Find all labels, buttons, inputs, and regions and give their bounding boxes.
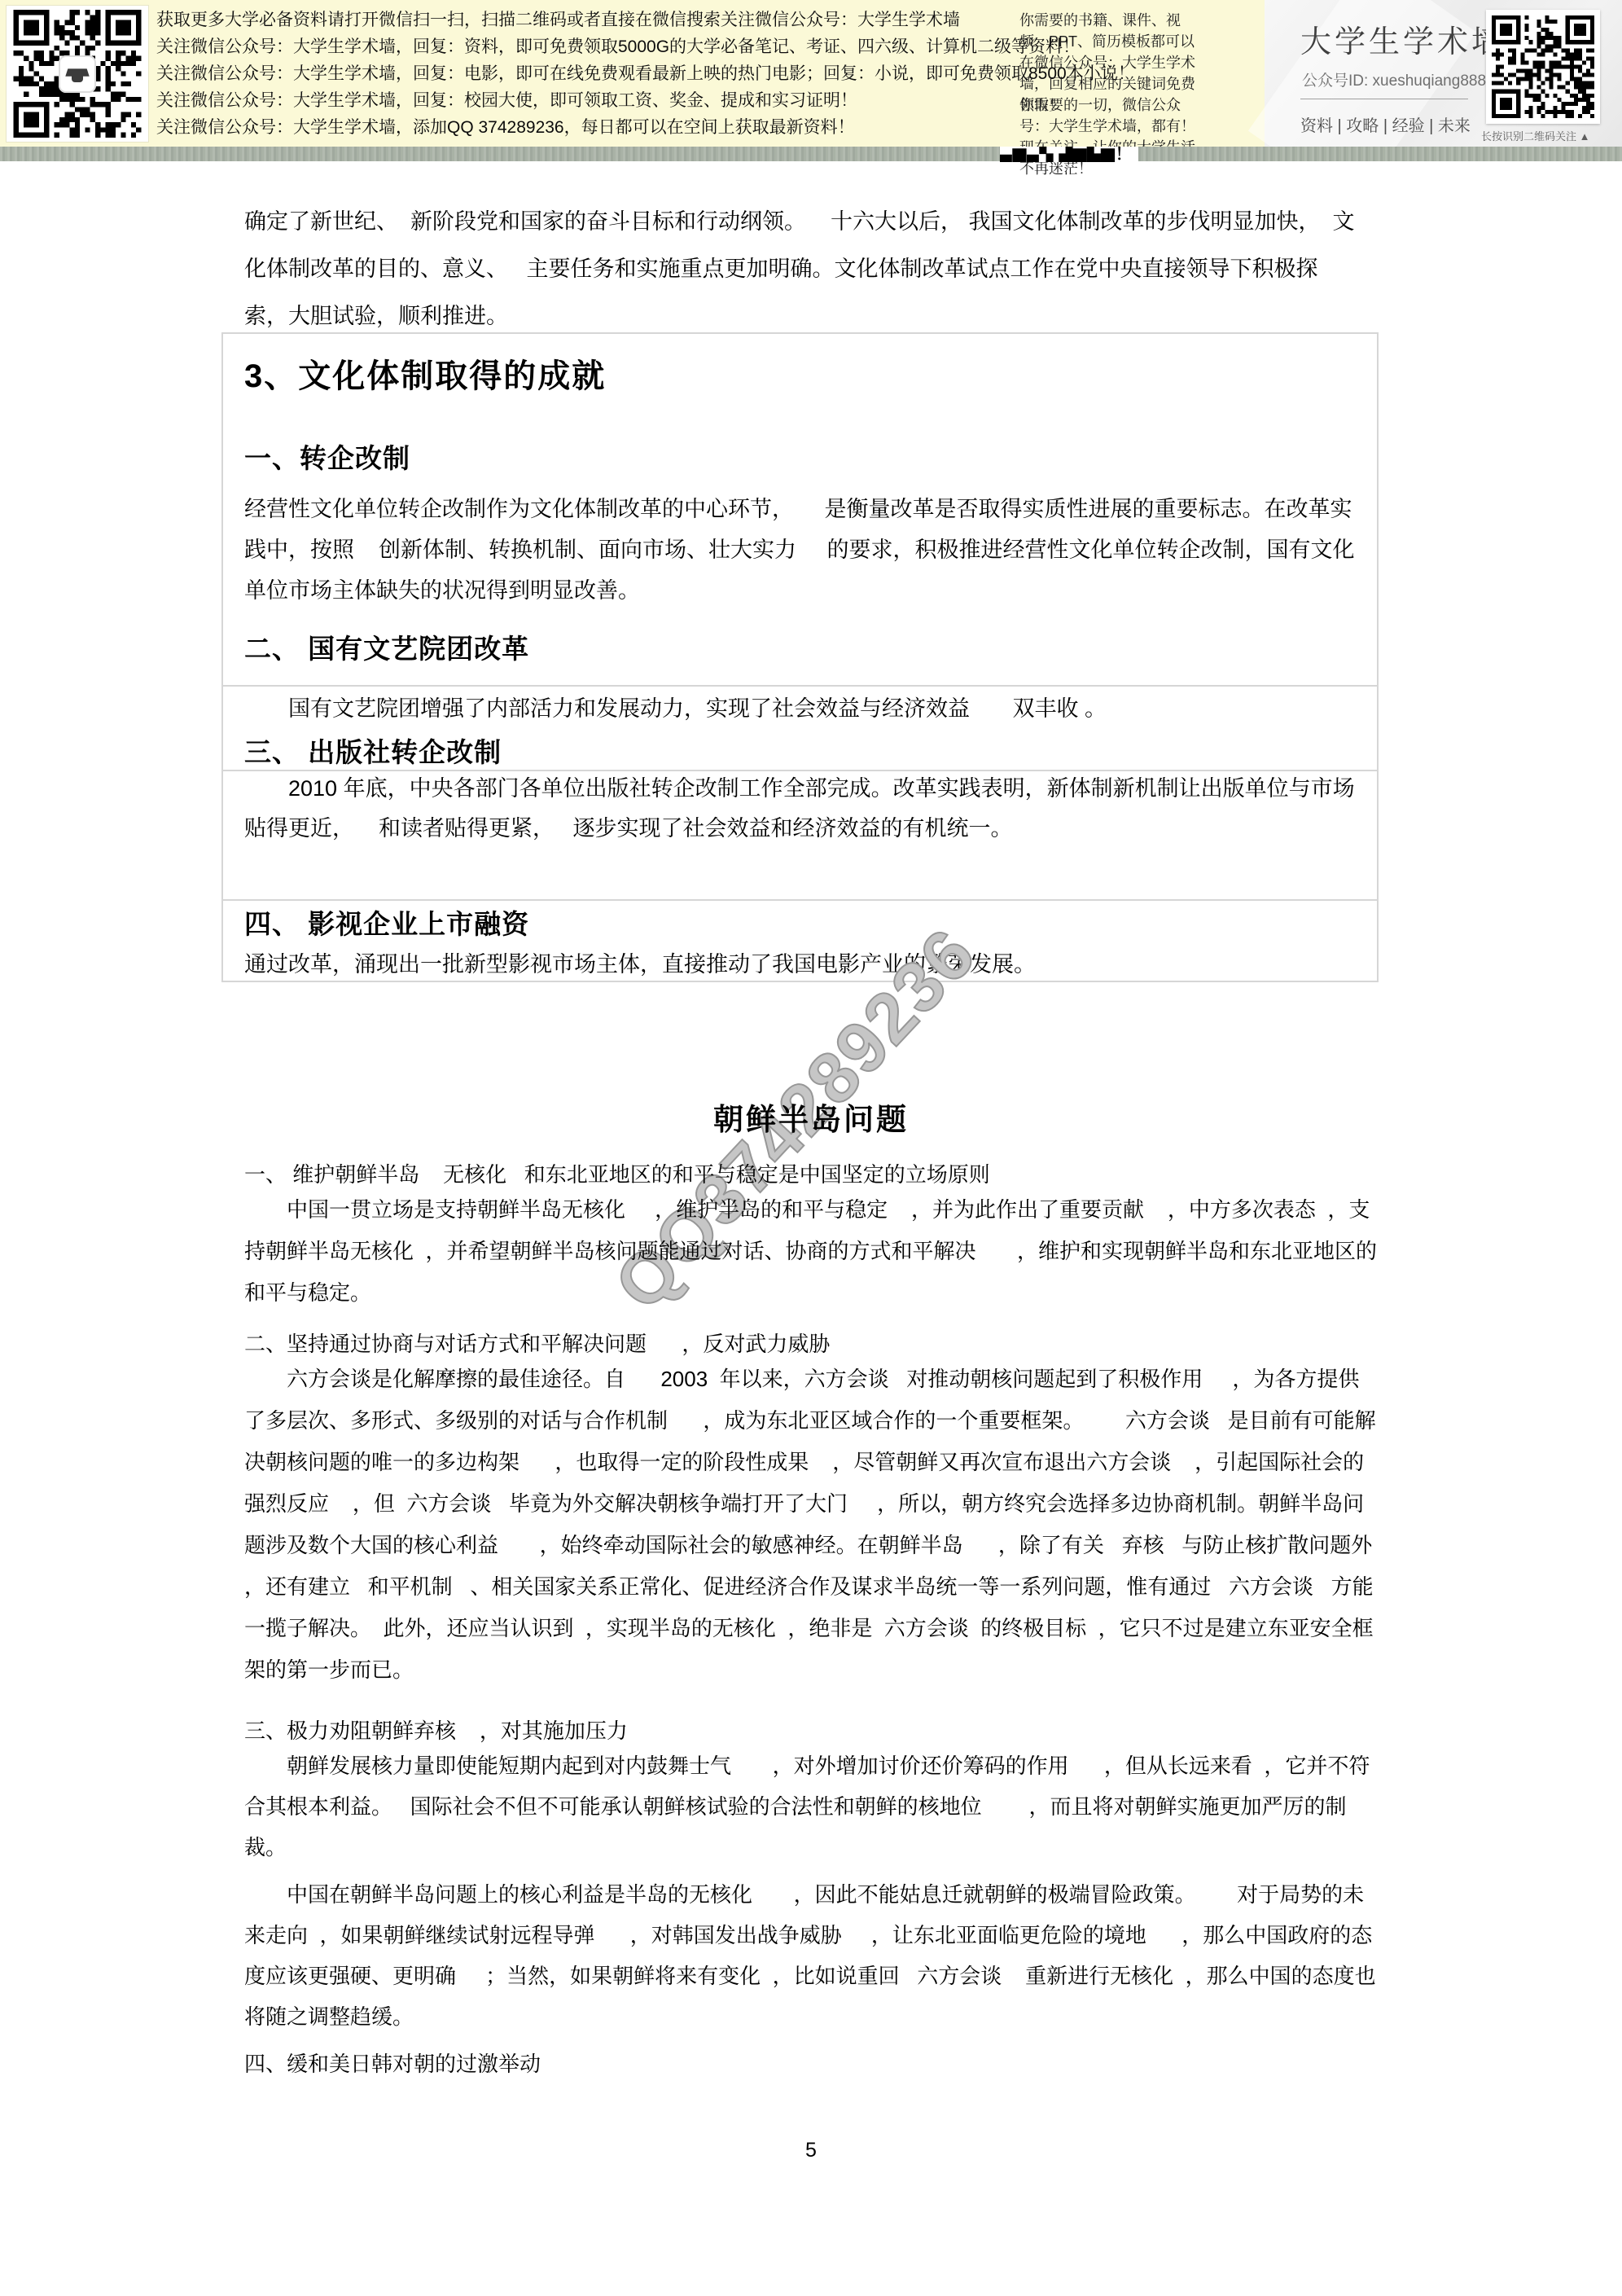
doc2-item3-heading: 三、极力劝阻朝鲜弃核 ，对其施加压力: [244, 1714, 628, 1745]
qr-code-right: [1486, 10, 1600, 124]
section-3-paragraph: 2010 年底，中央各部门各单位出版社转企改制工作全部完成。改革实践表明，新体制…: [244, 769, 1358, 849]
section-border-line: [1377, 332, 1379, 982]
banner-line: 关注微信公众号：大学生学术墙，回复：资料，即可免费领取5000G的大学必备笔记、…: [156, 33, 1135, 60]
doc2-item4-heading: 四、缓和美日韩对朝的过激举动: [244, 2048, 541, 2078]
intro-paragraph: 确定了新世纪、 新阶段党和国家的奋斗目标和行动纲领。 十六大以后， 我国文化体制…: [244, 198, 1358, 340]
promo-banner: 获取更多大学必备资料请打开微信扫一扫，扫描二维码或者直接在微信搜索关注微信公众号…: [0, 0, 1622, 147]
section-4-paragraph: 通过改革，涌现出一批新型影视市场主体，直接推动了我国电影产业的繁荣发展。: [244, 944, 1358, 985]
heading-section-2: 二、 国有文艺院团改革: [244, 628, 529, 666]
heading-section-3: 三、 出版社转企改制: [244, 731, 502, 770]
qr-caption: 长按识别二维码关注 ▲: [1481, 128, 1589, 143]
doc2-item2-heading: 二、坚持通过协商与对话方式和平解决问题 ，反对武力威胁: [244, 1328, 830, 1358]
section-1-paragraph: 经营性文化单位转企改制作为文化体制改革的中心环节， 是衡量改革是否取得实质性进展…: [244, 489, 1358, 611]
page-number: 5: [0, 2139, 1622, 2162]
banner-line: 关注微信公众号：大学生学术墙，回复：电影，即可在线免费观看最新上映的热门电影；回…: [156, 60, 1135, 87]
doc2-item3-body2: 中国在朝鲜半岛问题上的核心利益是半岛的无核化 ，因此不能姑息迁就朝鲜的极端冒险政…: [244, 1874, 1380, 2037]
section-border-line: [221, 685, 1379, 687]
doc2-title: 朝鲜半岛问题: [0, 1095, 1622, 1139]
document-page: 获取更多大学必备资料请打开微信扫一扫，扫描二维码或者直接在微信搜索关注微信公众号…: [0, 0, 1622, 2296]
heading-section-1: 一、转企改制: [244, 437, 410, 476]
account-card-id: 公众号ID: xueshuqiang8888: [1302, 68, 1495, 90]
card-divider: [1300, 99, 1468, 99]
banner-line: 关注微信公众号：大学生学术墙，添加QQ 374289236，每日都可以在空间上获…: [156, 114, 1135, 141]
banner-line: 获取更多大学必备资料请打开微信扫一扫，扫描二维码或者直接在微信搜索关注微信公众号…: [156, 7, 1135, 33]
heading-achievements: 3、文化体制取得的成就: [244, 350, 606, 397]
clipped-text-fragment: ▄▆▄▚ ▟▆▙▆！: [1000, 147, 1138, 162]
doc2-item1-heading: 一、 维护朝鲜半岛 无核化 和东北亚地区的和平与稳定是中国坚定的立场原则: [244, 1158, 990, 1188]
doc2-item3-body: 朝鲜发展核力量即使能短期内起到对内鼓舞士气 ，对外增加讨价还价筹码的作用 ，但从…: [244, 1745, 1380, 1868]
graduation-cap-icon: [59, 55, 96, 93]
qr-code-icon: [1492, 15, 1594, 118]
banner-line: 关注微信公众号：大学生学术墙，回复：校园大使，即可领取工资、奖金、提成和实习证明…: [156, 87, 1135, 114]
section-2-paragraph: 国有文艺院团增强了内部活力和发展动力，实现了社会效益与经济效益 双丰收 。: [244, 688, 1358, 729]
section-border-line: [221, 899, 1379, 901]
banner-side-note-2: 你需要的一切，微信公众号：大学生学术墙，都有！现在关注，让你的大学生活不再迷茫！: [1019, 94, 1197, 179]
doc2-item1-body: 中国一贯立场是支持朝鲜半岛无核化 ，维护半岛的和平与稳定 ，并为此作出了重要贡献…: [244, 1189, 1380, 1314]
heading-section-4: 四、 影视企业上市融资: [244, 903, 529, 942]
section-border-line: [221, 332, 223, 982]
texture-strip: [0, 147, 1622, 161]
account-card-tags: 资料 | 攻略 | 经验 | 未来: [1300, 112, 1471, 136]
banner-text-lines: 获取更多大学必备资料请打开微信扫一扫，扫描二维码或者直接在微信搜索关注微信公众号…: [156, 7, 1135, 141]
wechat-account-card: 大学生学术墙 公众号ID: xueshuqiang8888 资料 | 攻略 | …: [1265, 0, 1622, 147]
doc2-item2-body: 六方会谈是化解摩擦的最佳途径。自 2003 年以来，六方会谈 对推动朝核问题起到…: [244, 1359, 1380, 1691]
qr-code-left: [7, 6, 148, 142]
account-card-title: 大学生学术墙: [1300, 16, 1506, 61]
